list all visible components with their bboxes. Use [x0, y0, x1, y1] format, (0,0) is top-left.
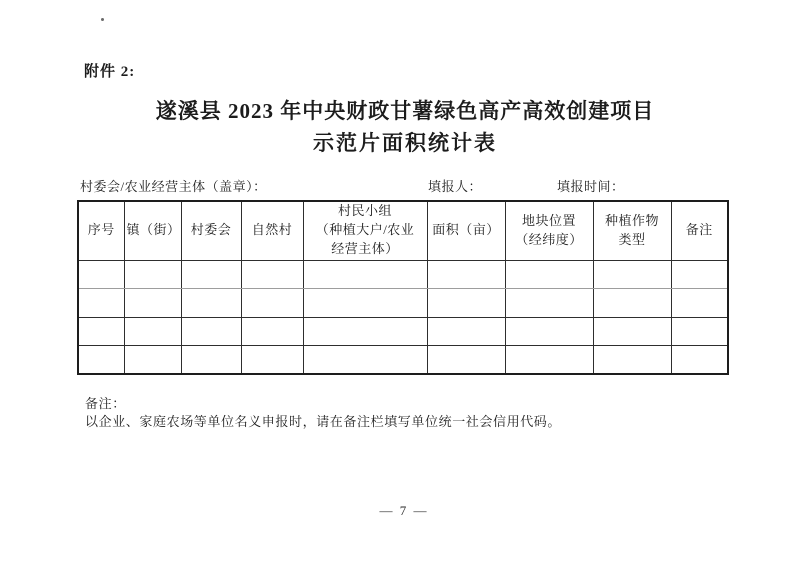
empty-cell — [505, 260, 593, 289]
table-row — [78, 260, 728, 289]
empty-cell — [303, 317, 427, 346]
empty-cell — [78, 289, 124, 318]
title-line-1: 遂溪县 2023 年中央财政甘薯绿色高产高效创建项目 — [10, 101, 800, 122]
table-row — [78, 346, 728, 375]
empty-cell — [181, 260, 241, 289]
empty-cell — [241, 346, 303, 375]
col-header-villager-group: 村民小组 （种植大户/农业 经营主体） — [303, 201, 427, 260]
remarks-section: 备注： 以企业、家庭农场等单位名义申报时，请在备注栏填写单位统一社会信用代码。 — [85, 395, 561, 431]
remarks-label: 备注： — [85, 395, 561, 413]
title-line-2: 示范片面积统计表 — [10, 133, 800, 154]
empty-cell — [124, 260, 181, 289]
empty-cell — [593, 317, 671, 346]
form-info-line: 村委会/农业经营主体（盖章）： 填报人： 填报时间： — [0, 176, 800, 196]
empty-cell — [78, 346, 124, 375]
empty-cell — [181, 289, 241, 318]
empty-cell — [671, 289, 728, 318]
col-header-serial: 序号 — [78, 201, 124, 260]
col-header-crop-type: 种植作物 类型 — [593, 201, 671, 260]
statistics-table: 序号 镇（街） 村委会 自然村 村民小组 （种植大户/农业 经营主体） 面积（亩… — [77, 200, 729, 375]
document-page: 附件 2: 遂溪县 2023 年中央财政甘薯绿色高产高效创建项目 示范片面积统计… — [0, 0, 800, 566]
empty-cell — [593, 346, 671, 375]
empty-cell — [427, 260, 505, 289]
empty-cell — [303, 346, 427, 375]
col-header-natural-village: 自然村 — [241, 201, 303, 260]
col-header-village-committee: 村委会 — [181, 201, 241, 260]
col-header-area-mu: 面积（亩） — [427, 201, 505, 260]
empty-cell — [427, 289, 505, 318]
page-number: — 7 — — [8, 503, 800, 519]
empty-cell — [241, 260, 303, 289]
empty-cell — [241, 289, 303, 318]
scan-speck — [101, 18, 104, 21]
empty-cell — [671, 260, 728, 289]
empty-cell — [181, 346, 241, 375]
empty-cell — [427, 346, 505, 375]
empty-cell — [78, 260, 124, 289]
empty-cell — [124, 289, 181, 318]
empty-cell — [78, 317, 124, 346]
empty-cell — [505, 346, 593, 375]
fill-date-label: 填报时间： — [557, 176, 625, 195]
empty-cell — [505, 317, 593, 346]
empty-cell — [593, 289, 671, 318]
col-header-remarks: 备注 — [671, 201, 728, 260]
attachment-label: 附件 2: — [84, 60, 135, 81]
empty-cell — [181, 317, 241, 346]
empty-cell — [671, 317, 728, 346]
remarks-text: 以企业、家庭农场等单位名义申报时，请在备注栏填写单位统一社会信用代码。 — [85, 413, 561, 431]
empty-cell — [303, 289, 427, 318]
empty-cell — [671, 346, 728, 375]
empty-cell — [505, 289, 593, 318]
empty-cell — [303, 260, 427, 289]
empty-cell — [124, 346, 181, 375]
empty-cell — [593, 260, 671, 289]
col-header-town: 镇（街） — [124, 201, 181, 260]
table-row — [78, 317, 728, 346]
table-row — [78, 289, 728, 318]
table-header-row: 序号 镇（街） 村委会 自然村 村民小组 （种植大户/农业 经营主体） 面积（亩… — [78, 201, 728, 260]
empty-cell — [124, 317, 181, 346]
filler-label: 填报人： — [428, 176, 482, 195]
unit-seal-label: 村委会/农业经营主体（盖章）： — [80, 176, 267, 195]
empty-cell — [241, 317, 303, 346]
col-header-plot-location: 地块位置 （经纬度） — [505, 201, 593, 260]
empty-cell — [427, 317, 505, 346]
document-title: 遂溪县 2023 年中央财政甘薯绿色高产高效创建项目 示范片面积统计表 — [10, 101, 800, 154]
